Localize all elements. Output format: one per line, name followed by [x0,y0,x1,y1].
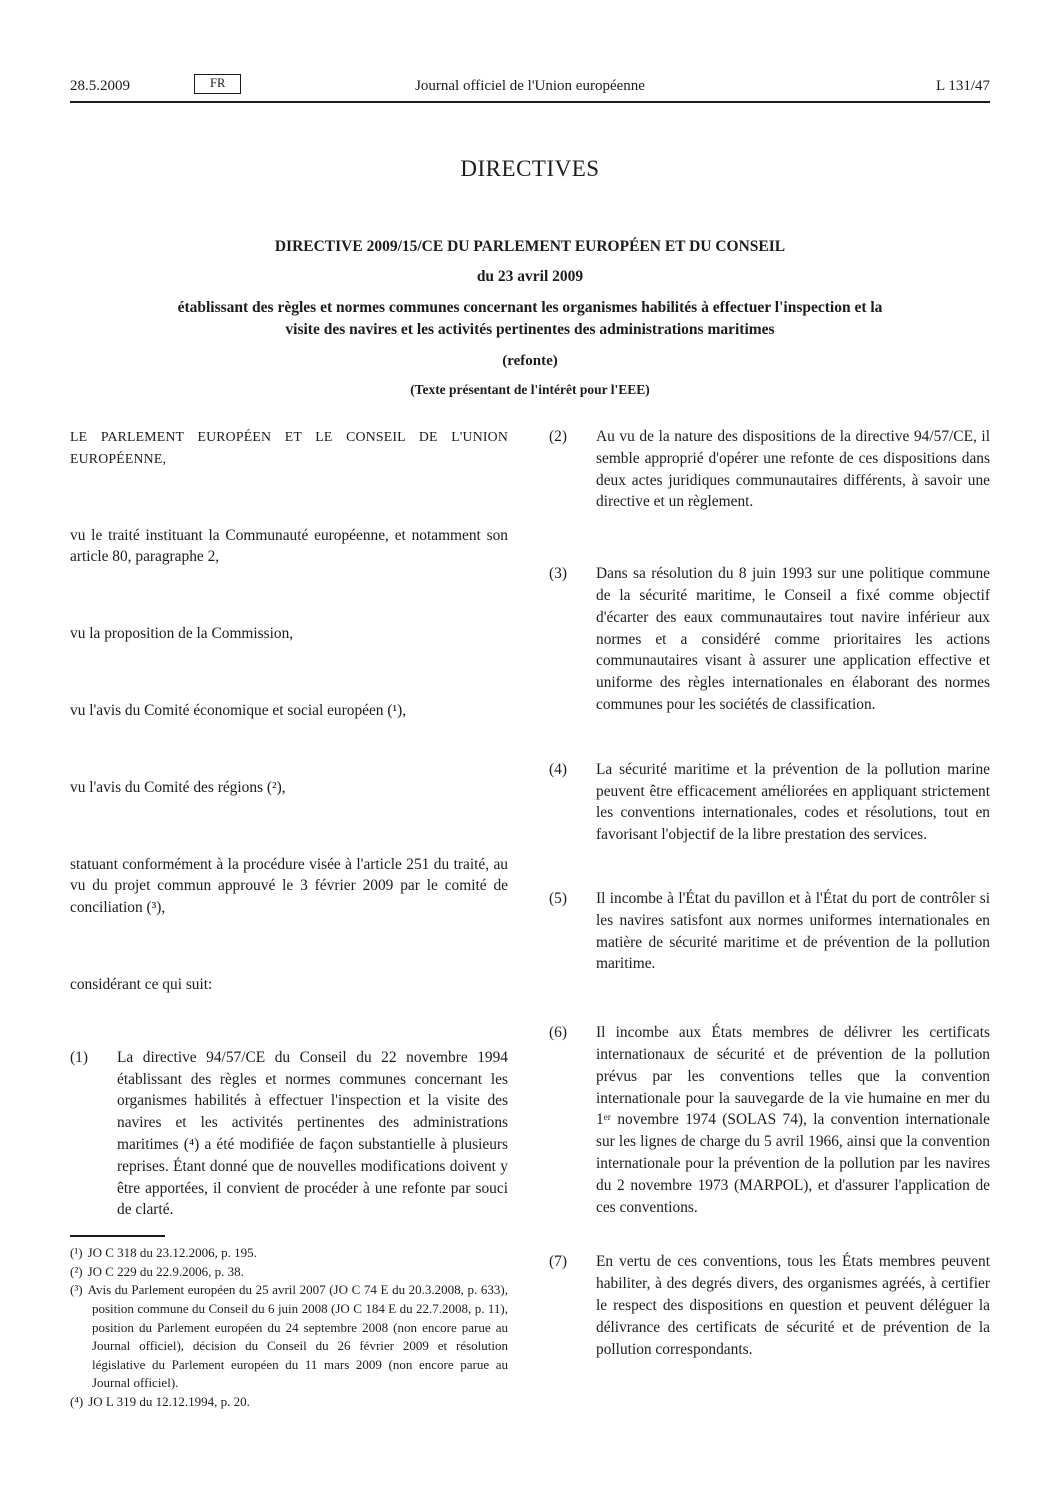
footnote-3: (³)Avis du Parlement européen du 25 avri… [70,1281,508,1393]
page-reference: L 131/47 [936,78,990,95]
directive-date: du 23 avril 2009 [70,268,990,286]
directive-title: DIRECTIVE 2009/15/CE DU PARLEMENT EUROPÉ… [70,238,990,256]
recital-number: (1) [70,1047,117,1221]
footnote-2: (²)JO C 229 du 22.9.2006, p. 38. [70,1263,508,1282]
recital-number: (7) [549,1251,596,1360]
footnote-label: (⁴) [70,1394,83,1409]
preamble-opening: LE PARLEMENT EUROPÉEN ET LE CONSEIL DE L… [70,426,508,470]
two-column-body: LE PARLEMENT EUROPÉEN ET LE CONSEIL DE L… [70,426,990,1411]
document-content: DIRECTIVES DIRECTIVE 2009/15/CE DU PARLE… [70,104,990,1411]
footnotes-section: (¹)JO C 318 du 23.12.2006, p. 195. (²)JO… [70,1235,508,1411]
footnote-divider [70,1235,165,1237]
recital-5: (5) Il incombe à l'État du pavillon et à… [549,888,990,975]
recital-number: (3) [549,563,596,716]
recital-2: (2) Au vu de la nature des dispositions … [549,426,990,513]
journal-page: 28.5.2009 FR Journal officiel de l'Union… [0,0,1058,1497]
page-header: 28.5.2009 FR Journal officiel de l'Union… [70,76,990,102]
footnote-label: (³) [70,1282,83,1297]
recital-text: Au vu de la nature des dispositions de l… [596,426,990,513]
footnote-4: (⁴)JO L 319 du 12.12.1994, p. 20. [70,1393,508,1412]
recital-number: (5) [549,888,596,975]
recital-text: La directive 94/57/CE du Conseil du 22 n… [117,1047,508,1221]
footnote-text: JO C 229 du 22.9.2006, p. 38. [88,1264,244,1279]
recital-4: (4) La sécurité maritime et la préventio… [549,759,990,846]
recital-text: La sécurité maritime et la prévention de… [596,759,990,846]
directive-subject: établissant des règles et normes commune… [159,297,901,340]
header-divider [70,101,990,103]
footnote-1: (¹)JO C 318 du 23.12.2006, p. 195. [70,1244,508,1263]
citation-cor-opinion: vu l'avis du Comité des régions (²), [70,777,508,799]
section-title: DIRECTIVES [70,156,990,182]
recitals-intro: considérant ce qui suit: [70,974,508,996]
recital-text: Il incombe à l'État du pavillon et à l'É… [596,888,990,975]
citation-procedure: statuant conformément à la procédure vis… [70,854,508,919]
footnote-text: Avis du Parlement européen du 25 avril 2… [88,1282,508,1390]
recital-number: (6) [549,1022,596,1218]
recast-note: (refonte) [70,353,990,370]
footnote-text: JO C 318 du 23.12.2006, p. 195. [88,1245,257,1260]
eea-relevance-note: (Texte présentant de l'intérêt pour l'EE… [70,382,990,398]
footnote-label: (¹) [70,1245,83,1260]
citation-treaty: vu le traité instituant la Communauté eu… [70,525,508,569]
footnote-label: (²) [70,1264,83,1279]
recital-3: (3) Dans sa résolution du 8 juin 1993 su… [549,563,990,716]
recital-text: Il incombe aux États membres de délivrer… [596,1022,990,1218]
right-column: (2) Au vu de la nature des dispositions … [549,426,990,1411]
recital-6: (6) Il incombe aux États membres de déli… [549,1022,990,1218]
footnote-text: JO L 319 du 12.12.1994, p. 20. [88,1394,250,1409]
left-column: LE PARLEMENT EUROPÉEN ET LE CONSEIL DE L… [70,426,508,1411]
recital-1: (1) La directive 94/57/CE du Conseil du … [70,1047,508,1221]
recital-text: En vertu de ces conventions, tous les Ét… [596,1251,990,1360]
recital-text: Dans sa résolution du 8 juin 1993 sur un… [596,563,990,716]
recital-7: (7) En vertu de ces conventions, tous le… [549,1251,990,1360]
citation-eesc-opinion: vu l'avis du Comité économique et social… [70,700,508,722]
journal-title: Journal officiel de l'Union européenne [70,78,990,95]
recital-number: (2) [549,426,596,513]
recital-number: (4) [549,759,596,846]
citation-commission-proposal: vu la proposition de la Commission, [70,623,508,645]
